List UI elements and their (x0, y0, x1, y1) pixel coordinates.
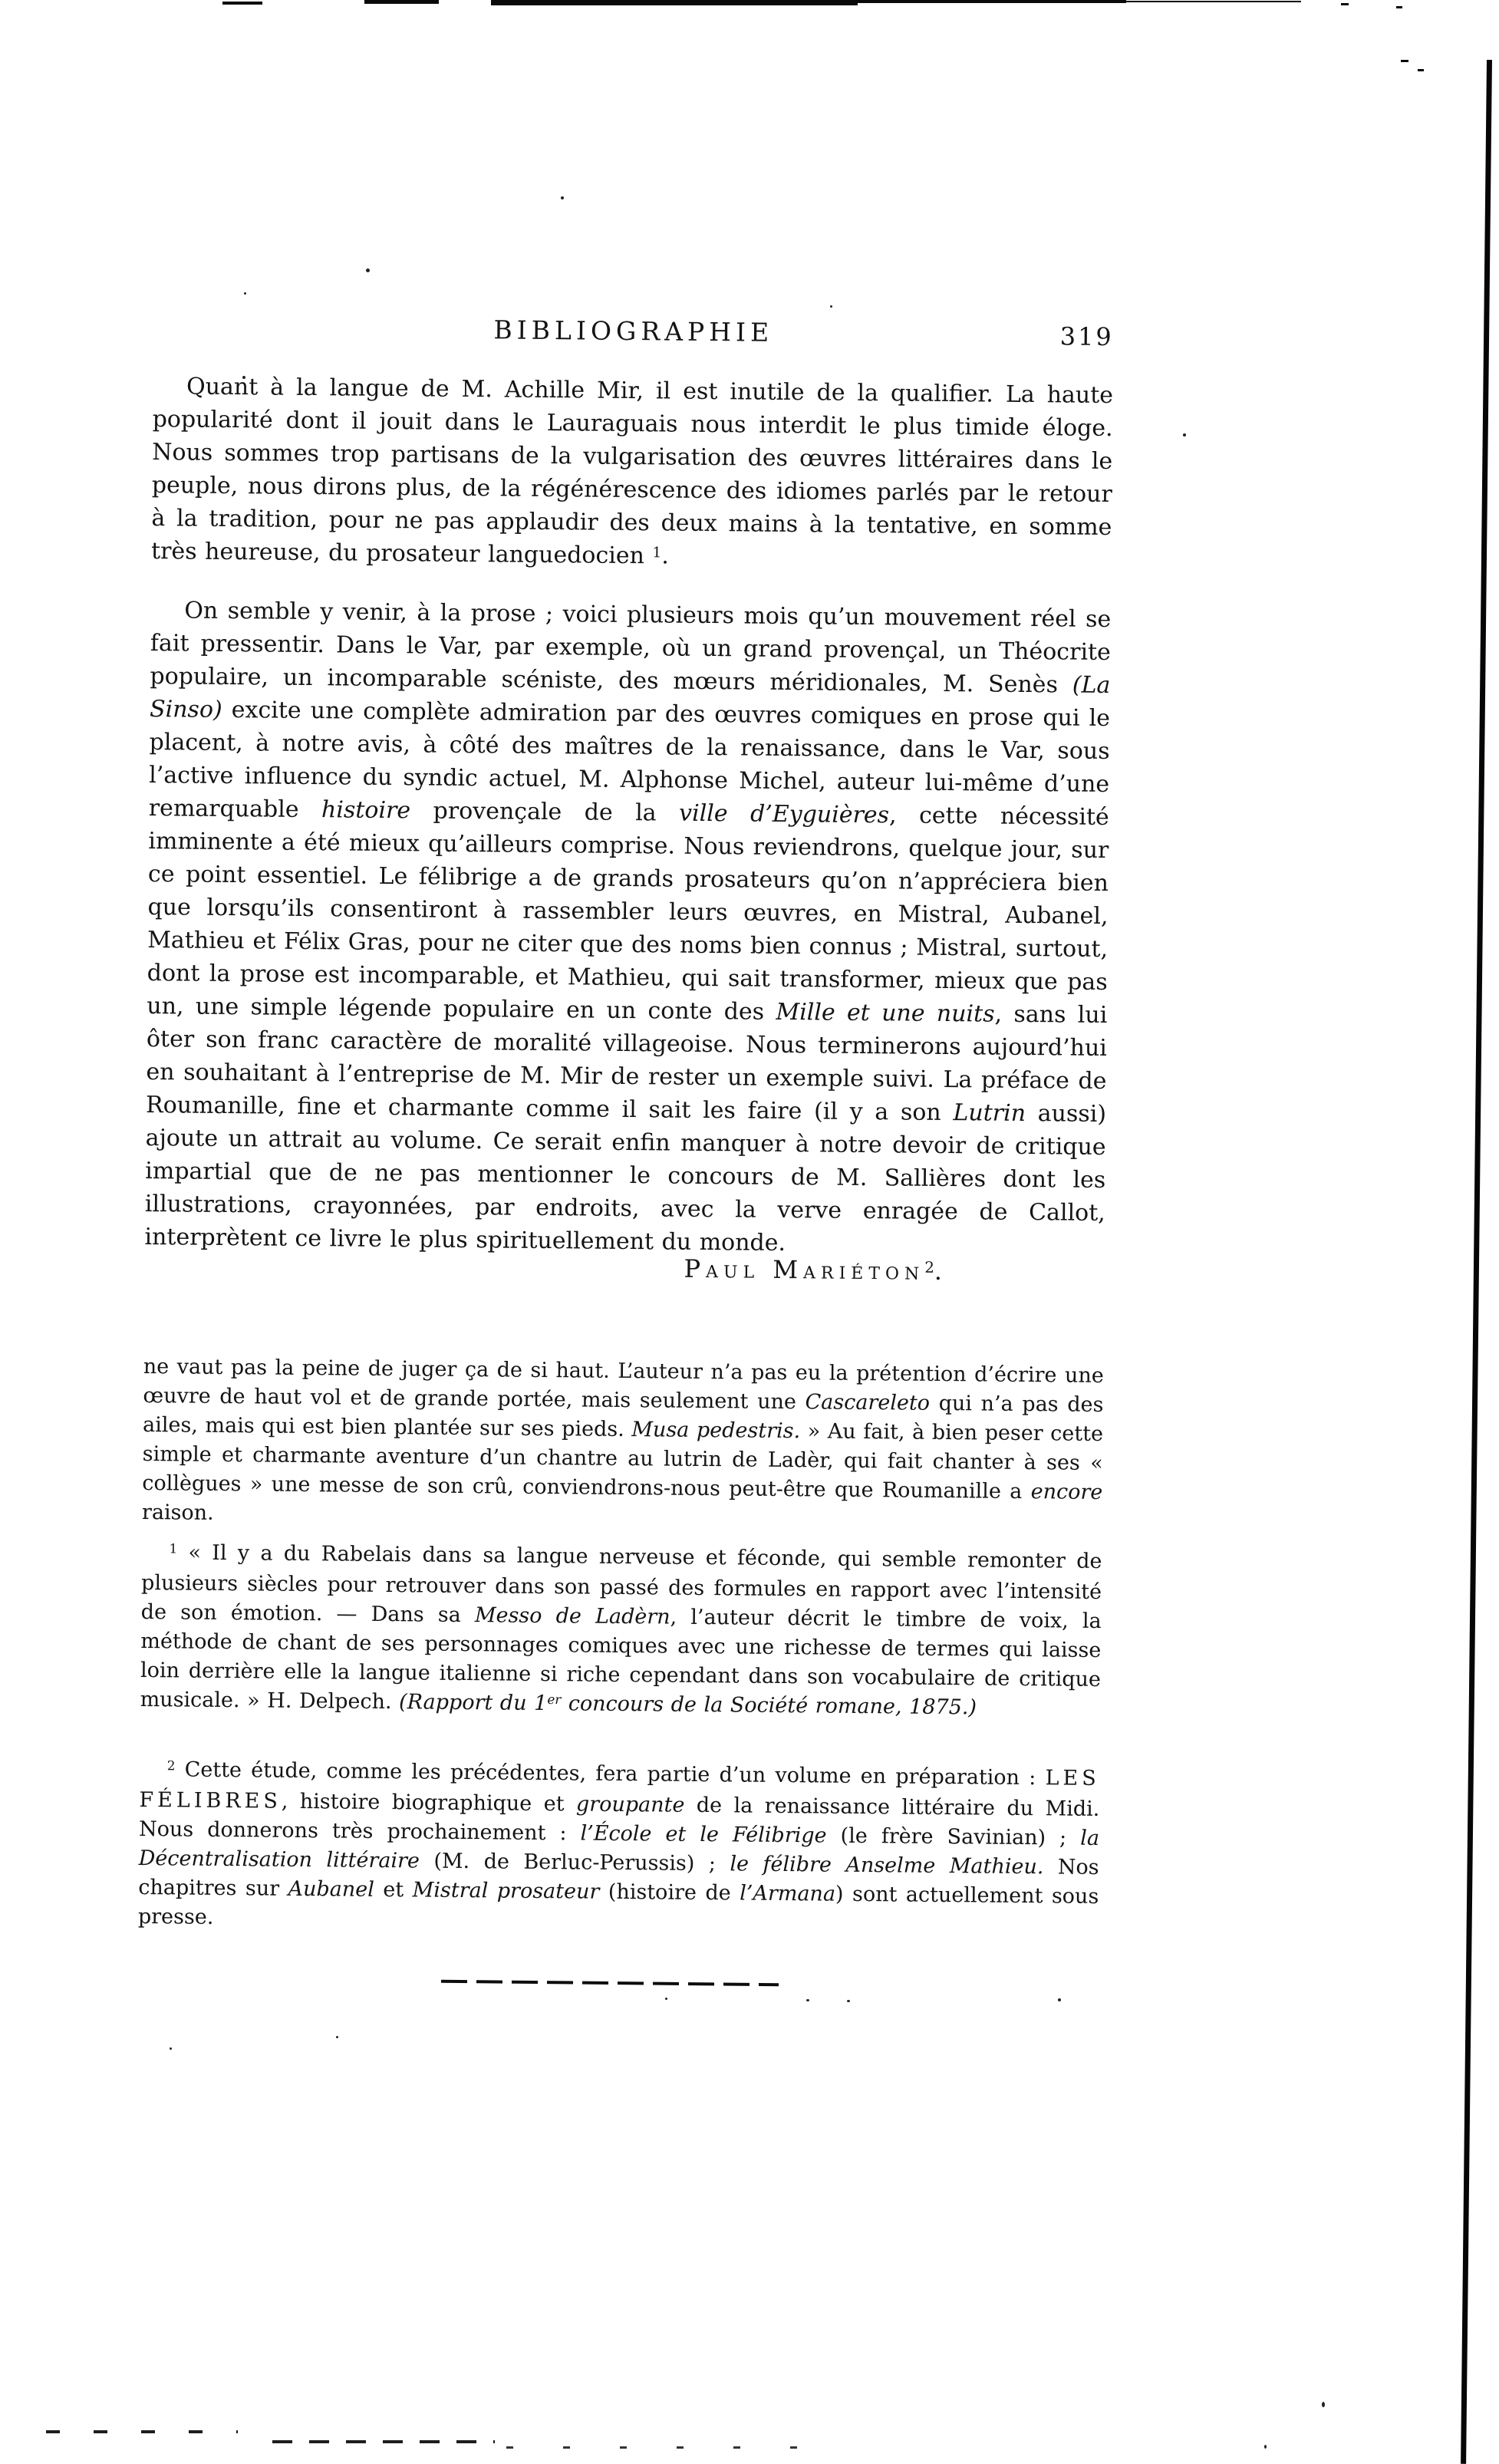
text-segment: Messo de Ladèrn (475, 1603, 670, 1629)
scan-artifact-top-edge (222, 2, 262, 5)
text-segment: le félibre Anselme Mathieu. (730, 1852, 1043, 1879)
scan-artifact-top-edge (1396, 6, 1402, 8)
scan-artifact-top-edge (491, 0, 858, 5)
page-title: BIBLIOGRAPHIE (153, 311, 1114, 351)
article-paragraph: Quant à la langue de M. Achille Mir, il … (151, 370, 1113, 580)
text-segment: er (547, 1692, 561, 1708)
text-segment: Mille et une nuits (776, 999, 994, 1028)
text-segment: (M. de Berluc-Perussis) ; (420, 1849, 730, 1876)
scan-speck (665, 1998, 667, 2000)
text-segment: On semble y venir, à la prose ; voici pl… (150, 597, 1111, 698)
scan-artifact-right-edge-dash (1418, 69, 1424, 71)
text-segment: groupante (576, 1792, 685, 1817)
text-segment: , cette nécessité imminente a été mieux … (147, 802, 1109, 1026)
scan-artifact-bottom-edge (46, 2430, 238, 2433)
text-segment: 2 (167, 1758, 176, 1774)
text-segment: Cascareleto (805, 1390, 930, 1415)
footnote-1: 1 « Il y a du Rabelais dans sa langue ne… (140, 1538, 1102, 1725)
scan-speck (830, 305, 832, 308)
article-paragraph: On semble y venir, à la prose ; voici pl… (144, 594, 1111, 1263)
text-segment: Cette étude, comme les précédentes, fera… (175, 1757, 1045, 1790)
scan-speck (1183, 433, 1186, 436)
text-segment: ville d’Eyguières (679, 800, 889, 829)
text-segment: . (661, 542, 669, 569)
scan-speck (1264, 2445, 1267, 2449)
scan-speck (561, 196, 564, 199)
scan-speck (244, 292, 246, 295)
scan-artifact-right-edge-dash (1401, 60, 1408, 62)
page-number: 319 (1060, 321, 1114, 351)
scan-artifact-top-edge (858, 0, 1126, 3)
text-segment: raison. (142, 1500, 214, 1525)
scan-artifact-bottom-edge (506, 2446, 829, 2449)
running-head: BIBLIOGRAPHIE 319 (153, 311, 1114, 354)
text-segment: 2 (924, 1259, 934, 1276)
page-body: BIBLIOGRAPHIE 319 Quant à la langue de M… (137, 311, 1114, 1970)
text-segment: Quant à la langue de M. Achille Mir, il … (151, 373, 1113, 569)
text-segment: (Rapport du 1 (399, 1690, 547, 1715)
scanned-book-page: { "header": { "title": "BIBLIOGRAPHIE", … (0, 0, 1499, 2464)
text-segment: Paul Mariéton (684, 1254, 924, 1286)
text-segment: , histoire biographique et (282, 1790, 576, 1817)
text-segment: 1 (652, 545, 661, 561)
text-segment: . (934, 1257, 943, 1286)
text-segment: Lutrin (953, 1099, 1026, 1127)
scan-speck (847, 2000, 850, 2002)
scan-artifact-right-page-edge (1461, 60, 1492, 2464)
footnote-2: 2 Cette étude, comme les précédentes, fe… (138, 1755, 1100, 1941)
scan-artifact-top-edge (1126, 1, 1301, 2)
scan-artifact-separator-rule (441, 1980, 779, 1987)
text-segment: (histoire de (599, 1880, 740, 1906)
text-segment: Mistral prosateur (413, 1878, 600, 1903)
scan-speck (806, 1999, 809, 2001)
text-segment: l’École et le Félibrige (580, 1821, 826, 1847)
text-segment: (le frère Savinian) ; (826, 1824, 1080, 1850)
scan-artifact-top-edge (1341, 3, 1349, 5)
text-segment: Musa pedestris. (631, 1418, 800, 1443)
scan-speck (336, 2036, 338, 2038)
scan-speck (1058, 1998, 1061, 2001)
text-segment: histoire (321, 796, 410, 824)
text-segment: l’Armana (740, 1881, 835, 1906)
scan-artifact-top-edge (364, 0, 439, 4)
scan-artifact-bottom-edge (272, 2440, 495, 2443)
text-segment: provençale de la (410, 797, 679, 826)
text-segment: concours de la Société romane, 1875.) (561, 1692, 977, 1719)
text-segment: encore (1031, 1480, 1103, 1504)
text-segment: 1 (169, 1541, 177, 1556)
scan-speck (366, 268, 370, 272)
text-segment: Aubanel (288, 1877, 374, 1902)
footnote-continuation: ne vaut pas la peine de juger ça de si h… (142, 1352, 1104, 1537)
scan-speck (1322, 2402, 1325, 2407)
text-segment: et (374, 1878, 413, 1902)
scan-speck (170, 2047, 172, 2050)
